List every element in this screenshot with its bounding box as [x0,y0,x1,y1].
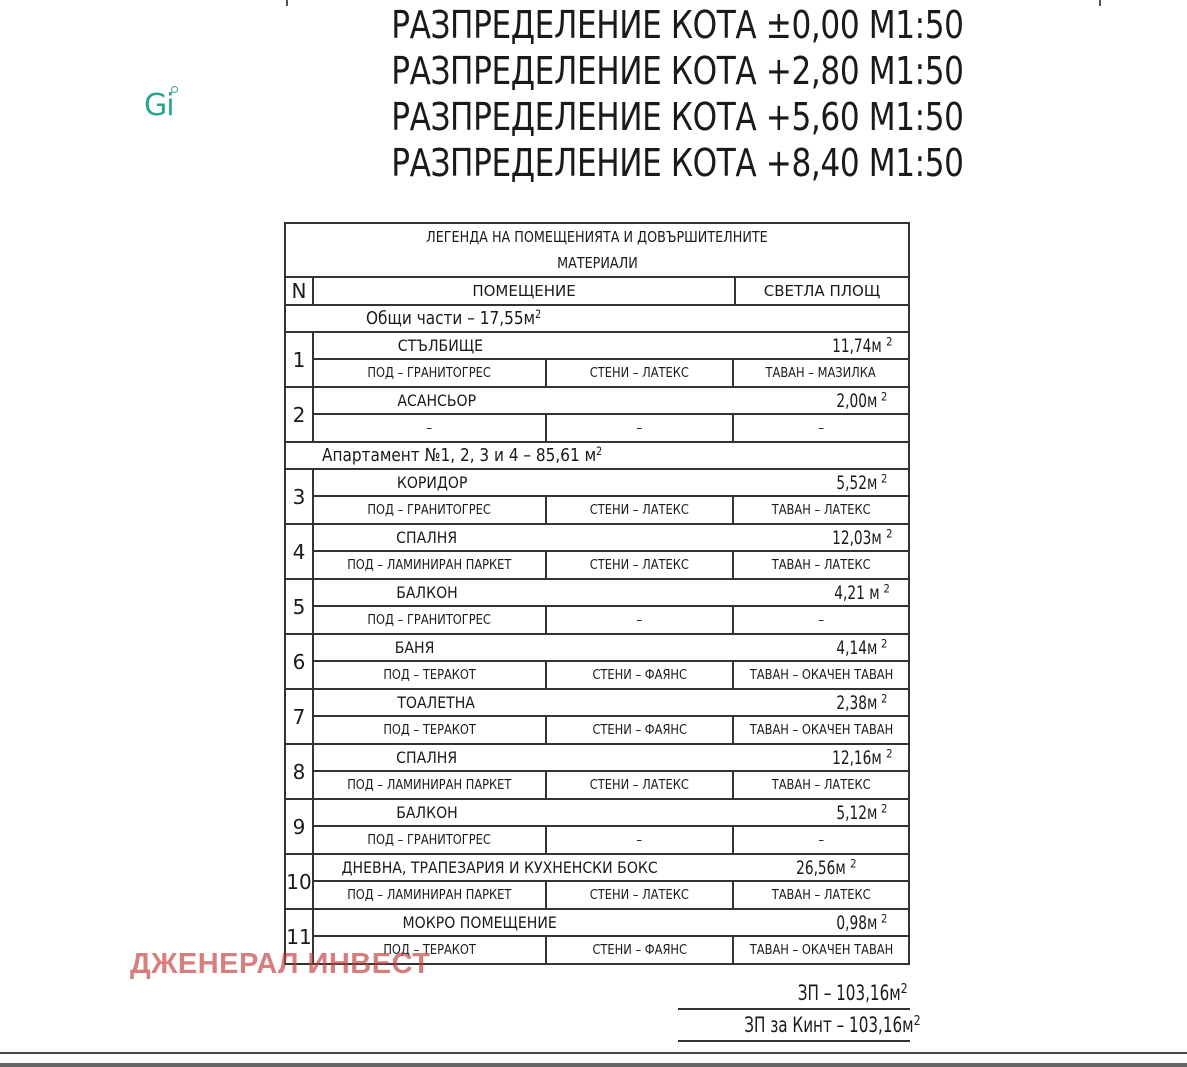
room-row: 6БАНЯ4,14м2ПОД – ТЕРАКОТСТЕНИ – ФАЯНСТАВ… [286,635,908,690]
wall-material: СТЕНИ – ЛАТЕКС [547,360,734,386]
area-totals: ЗП – 103,16м2 ЗП за Кинт – 103,16м2 [678,978,910,1042]
ceiling-material: ТАВАН – ОКАЧЕН ТАВАН [734,717,908,743]
floor-material: ПОД – ГРАНИТОГРЕС [314,360,547,386]
floor-material: ПОД – ТЕРАКОТ [314,717,547,743]
header-number: N [286,278,314,304]
room-legend-table: ЛЕГЕНДА НА ПОМЕЩЕНИЯТА И ДОВЪРШИТЕЛНИТЕ … [284,222,910,965]
ceiling-material: ТАВАН – МАЗИЛКА [734,360,908,386]
room-area: 26,56м2 [740,857,908,879]
room-name: БАЛКОН [314,803,812,822]
drawing-title: РАЗПРЕДЕЛЕНИЕ КОТА +8,40 М1:50 [391,140,949,186]
room-name: СТЪЛБИЩЕ [314,336,812,355]
legend-caption-line1: ЛЕГЕНДА НА ПОМЕЩЕНИЯТА И ДОВЪРШИТЕЛНИТЕ [426,224,768,250]
header-room: ПОМЕЩЕНИЕ [314,278,736,304]
room-row: 8СПАЛНЯ12,16м2ПОД – ЛАМИНИРАН ПАРКЕТСТЕН… [286,745,908,800]
floor-material: ПОД – ЛАМИНИРАН ПАРКЕТ [314,552,547,578]
room-number: 2 [286,388,314,441]
legend-header-row: N ПОМЕЩЕНИЕ СВЕТЛА ПЛОЩ [286,278,908,306]
logo-text: Gi [144,88,174,123]
total-built-area-kint: ЗП за Кинт – 103,16м2 [678,1010,910,1042]
sheet-border-line [0,1063,1187,1067]
room-area: 12,16м2 [812,747,908,769]
ceiling-material: ТАВАН – ЛАТЕКС [734,552,908,578]
room-name: МОКРО ПОМЕЩЕНИЕ [314,913,812,932]
floor-material: ПОД – ГРАНИТОГРЕС [314,497,547,523]
room-row: 3КОРИДОР5,52м2ПОД – ГРАНИТОГРЕССТЕНИ – Л… [286,470,908,525]
floor-material: ПОД – ЛАМИНИРАН ПАРКЕТ [314,772,547,798]
legend-caption: ЛЕГЕНДА НА ПОМЕЩЕНИЯТА И ДОВЪРШИТЕЛНИТЕ … [286,224,908,278]
wall-material: СТЕНИ – ФАЯНС [547,937,734,963]
room-name: КОРИДОР [314,473,812,492]
wall-material: – [547,415,734,441]
room-number: 10 [286,855,314,908]
section-title-row: Апартамент №1, 2, 3 и 4 – 85,61 м2 [286,443,908,470]
wall-material: СТЕНИ – ФАЯНС [547,662,734,688]
ceiling-material: ТАВАН – ОКАЧЕН ТАВАН [734,937,908,963]
legend-caption-line2: МАТЕРИАЛИ [557,250,638,276]
ceiling-material: ТАВАН – ОКАЧЕН ТАВАН [734,662,908,688]
wall-material: СТЕНИ – ЛАТЕКС [547,497,734,523]
room-number: 4 [286,525,314,578]
floor-material: – [314,415,547,441]
room-number: 6 [286,635,314,688]
room-number: 8 [286,745,314,798]
sheet-border-line [0,1052,1187,1054]
room-area: 2,00м2 [812,390,908,412]
room-area: 11,74м2 [812,335,908,357]
registration-mark [1099,0,1101,6]
room-row: 2АСАНСЬОР2,00м2––– [286,388,908,443]
ceiling-material: ТАВАН – ЛАТЕКС [734,772,908,798]
room-row: 9БАЛКОН5,12м2ПОД – ГРАНИТОГРЕС–– [286,800,908,855]
ceiling-material: – [734,415,908,441]
total-built-area: ЗП – 103,16м2 [678,978,910,1010]
floor-material: ПОД – ГРАНИТОГРЕС [314,607,547,633]
room-number: 5 [286,580,314,633]
room-area: 5,52м2 [812,472,908,494]
room-name: АСАНСЬОР [314,391,812,410]
ceiling-material: ТАВАН – ЛАТЕКС [734,882,908,908]
ceiling-material: ТАВАН – ЛАТЕКС [734,497,908,523]
floor-material: ПОД – ЛАМИНИРАН ПАРКЕТ [314,882,547,908]
room-row: 10ДНЕВНА, ТРАПЕЗАРИЯ И КУХНЕНСКИ БОКС26,… [286,855,908,910]
wall-material: – [547,827,734,853]
room-name: СПАЛНЯ [314,748,812,767]
room-row: 7ТОАЛЕТНА2,38м2ПОД – ТЕРАКОТСТЕНИ – ФАЯН… [286,690,908,745]
room-area: 12,03м2 [812,527,908,549]
registration-mark [286,0,288,6]
room-name: БАЛКОН [314,583,812,602]
room-area: 2,38м2 [812,692,908,714]
section-title: Общи части – 17,55м2 [366,308,541,329]
floor-material: ПОД – ГРАНИТОГРЕС [314,827,547,853]
section-title-row: Общи части – 17,55м2 [286,306,908,333]
ceiling-material: – [734,827,908,853]
wall-material: СТЕНИ – ЛАТЕКС [547,552,734,578]
room-row: 1СТЪЛБИЩЕ11,74м2ПОД – ГРАНИТОГРЕССТЕНИ –… [286,333,908,388]
drawing-title: РАЗПРЕДЕЛЕНИЕ КОТА ±0,00 М1:50 [391,2,949,48]
drawing-title: РАЗПРЕДЕЛЕНИЕ КОТА +2,80 М1:50 [391,48,949,94]
room-number: 3 [286,470,314,523]
wall-material: СТЕНИ – ЛАТЕКС [547,882,734,908]
company-logo: Gi [144,88,174,123]
logo-dot-icon [171,86,178,93]
room-number: 9 [286,800,314,853]
room-number: 1 [286,333,314,386]
room-name: БАНЯ [314,638,812,657]
watermark: ДЖЕНЕРАЛ ИНВЕСТ [130,948,431,981]
room-area: 4,21 м2 [812,582,908,604]
room-name: СПАЛНЯ [314,528,812,547]
wall-material: СТЕНИ – ФАЯНС [547,717,734,743]
room-area: 5,12м2 [812,802,908,824]
drawing-title: РАЗПРЕДЕЛЕНИЕ КОТА +5,60 М1:50 [391,94,949,140]
room-number: 7 [286,690,314,743]
header-area: СВЕТЛА ПЛОЩ [736,278,908,304]
wall-material: – [547,607,734,633]
room-row: 4СПАЛНЯ12,03м2ПОД – ЛАМИНИРАН ПАРКЕТСТЕН… [286,525,908,580]
room-name: ТОАЛЕТНА [314,693,812,712]
room-area: 4,14м2 [812,637,908,659]
room-row: 5БАЛКОН4,21 м2ПОД – ГРАНИТОГРЕС–– [286,580,908,635]
ceiling-material: – [734,607,908,633]
floor-material: ПОД – ТЕРАКОТ [314,662,547,688]
wall-material: СТЕНИ – ЛАТЕКС [547,772,734,798]
room-name: ДНЕВНА, ТРАПЕЗАРИЯ И КУХНЕНСКИ БОКС [314,858,740,877]
room-area: 0,98м2 [812,912,908,934]
drawing-titles: РАЗПРЕДЕЛЕНИЕ КОТА ±0,00 М1:50 РАЗПРЕДЕЛ… [330,2,1010,186]
section-title: Апартамент №1, 2, 3 и 4 – 85,61 м2 [322,445,602,466]
